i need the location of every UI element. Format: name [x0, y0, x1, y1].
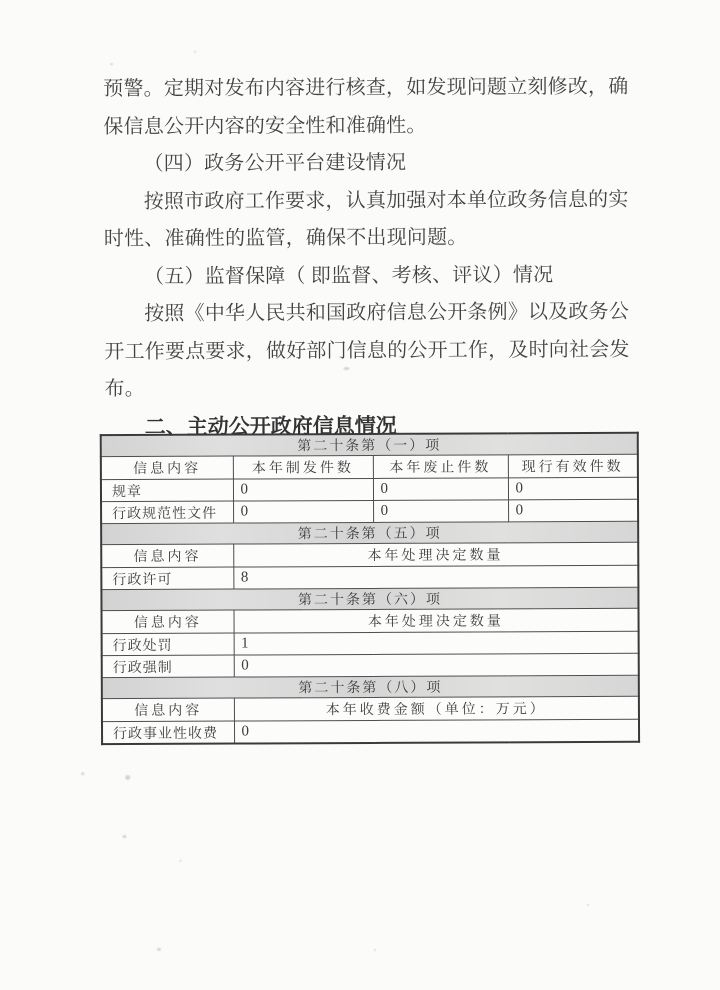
row-value: 0 — [233, 478, 373, 501]
text-line: 预警。定期对发布内容进行核查，如发现问题立刻修改，确 — [103, 69, 633, 109]
row-value: 0 — [234, 653, 639, 677]
text-line: （四）政务公开平台建设情况 — [103, 144, 633, 184]
row-label: 规章 — [101, 479, 233, 502]
row-label: 行政处罚 — [102, 633, 234, 656]
row-label: 行政事业性收费 — [102, 721, 234, 744]
column-header: 本年制发件数 — [233, 455, 373, 479]
column-header: 信息内容 — [101, 456, 233, 480]
table-row: 行政许可8 — [101, 565, 638, 589]
table-row: 行政强制0 — [102, 653, 639, 677]
scan-speck — [122, 835, 126, 838]
scan-speck — [194, 51, 196, 53]
scan-speck — [110, 63, 113, 65]
column-header: 信息内容 — [101, 544, 233, 568]
column-header: 信息内容 — [102, 610, 234, 634]
table-row: 行政处罚1 — [102, 631, 639, 655]
disclosure-table: 第二十条第（一）项信息内容本年制发件数本年废止件数现行有效件数规章000行政规范… — [100, 432, 640, 745]
table-row: 行政规范性文件000 — [101, 499, 638, 523]
row-value: 0 — [373, 500, 508, 523]
row-value: 0 — [508, 477, 638, 500]
table-section-title: 第二十条第（一）项 — [101, 433, 638, 457]
scan-speck — [343, 367, 349, 370]
text-line: 时性、准确性的监管，确保不出现问题。 — [104, 219, 634, 259]
row-value: 1 — [234, 631, 639, 655]
text-line: 布。 — [104, 369, 634, 409]
row-label: 行政许可 — [101, 567, 233, 590]
row-value: 0 — [233, 500, 373, 523]
column-header: 本年废止件数 — [373, 455, 508, 479]
text-line: 开工作要点要求，做好部门信息的公开工作，及时向社会发 — [104, 331, 634, 371]
row-value: 0 — [234, 719, 639, 743]
row-label: 行政规范性文件 — [101, 501, 233, 524]
scan-speck — [587, 904, 589, 906]
table-section-title: 第二十条第（八）项 — [102, 675, 639, 698]
row-value: 0 — [373, 478, 508, 501]
row-value: 0 — [508, 499, 638, 522]
table-section-title: 第二十条第（六）项 — [101, 587, 638, 610]
scan-specks — [0, 0, 718, 2]
table-row: 规章000 — [101, 477, 638, 501]
row-value: 8 — [233, 565, 638, 589]
column-header: 信息内容 — [102, 698, 234, 722]
table-section-title: 第二十条第（五）项 — [101, 521, 638, 544]
disclosure-table-body: 第二十条第（一）项信息内容本年制发件数本年废止件数现行有效件数规章000行政规范… — [101, 433, 639, 744]
scan-speck — [374, 949, 376, 951]
scan-speck — [81, 772, 84, 775]
text-line: （五）监督保障（ 即监督、考核、评议）情况 — [104, 256, 634, 296]
table-row: 行政事业性收费0 — [102, 719, 639, 744]
paragraph-lines: 预警。定期对发布内容进行核查，如发现问题立刻修改，确保信息公开内容的安全性和准确… — [103, 69, 634, 409]
scanned-document-page: { "page": { "background": "#fbfbfa", "te… — [0, 0, 720, 990]
scan-speck — [180, 860, 182, 862]
column-header: 现行有效件数 — [508, 454, 638, 478]
scan-speck — [157, 948, 161, 951]
row-label: 行政强制 — [102, 655, 234, 678]
text-line: 按照市政府工作要求，认真加强对本单位政务信息的实 — [104, 181, 634, 221]
column-header: 本年处理决定数量 — [234, 608, 639, 633]
body-text: 预警。定期对发布内容进行核查，如发现问题立刻修改，确保信息公开内容的安全性和准确… — [103, 69, 635, 441]
text-line: 保信息公开内容的安全性和准确性。 — [103, 106, 633, 146]
column-header: 本年收费金额（单位：万元） — [234, 696, 639, 721]
text-line: 按照《中华人民共和国政府信息公开条例》以及政务公 — [104, 294, 634, 334]
scan-speck — [125, 775, 130, 780]
page-content: 预警。定期对发布内容进行核查，如发现问题立刻修改，确保信息公开内容的安全性和准确… — [0, 0, 720, 990]
column-header: 本年处理决定数量 — [233, 542, 638, 567]
